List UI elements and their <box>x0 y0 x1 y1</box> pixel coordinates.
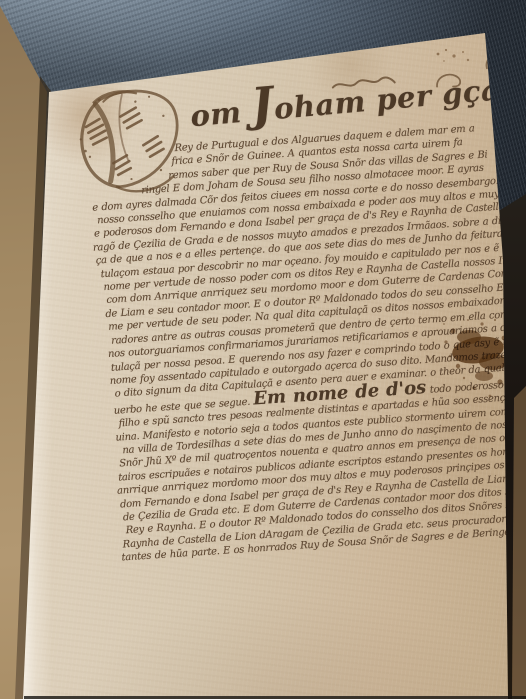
text-run: J <box>249 76 276 132</box>
manuscript-page: om Joham per gça de d's Rey de Purtugual… <box>0 0 526 699</box>
photo-of-manuscript-book: { "photo": { "subject": "Opened facsimil… <box>0 0 526 699</box>
text-run: om <box>189 94 253 133</box>
foxing-specks <box>430 44 474 68</box>
heading-flourish-curl <box>434 70 465 92</box>
